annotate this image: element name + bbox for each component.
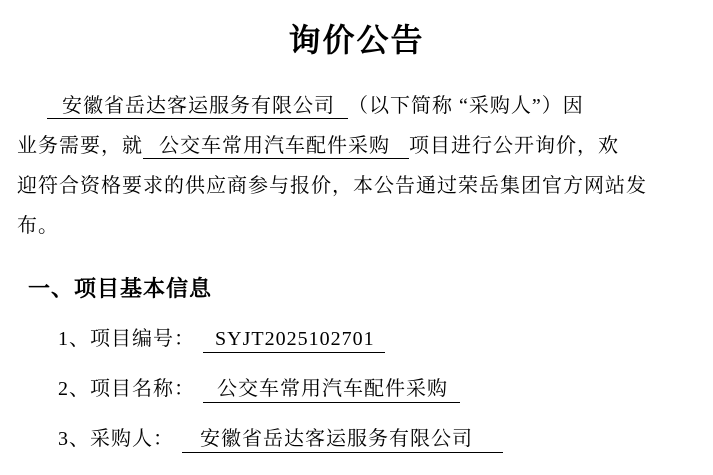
project-number-label: 1、项目编号： bbox=[58, 328, 195, 350]
purchaser-value: 安徽省岳达客运服务有限公司 bbox=[182, 428, 503, 453]
intro-line-1: 安徽省岳达客运服务有限公司（以下简称 “采购人”）因 bbox=[17, 86, 696, 126]
purchaser-name-blank: 安徽省岳达客运服务有限公司 bbox=[47, 95, 348, 119]
intro-paragraph: 安徽省岳达客运服务有限公司（以下简称 “采购人”）因 业务需要，就公交车常用汽车… bbox=[0, 86, 713, 246]
project-name-blank: 公交车常用汽车配件采购 bbox=[143, 135, 409, 159]
intro-line-2-post: 项目进行公开询价，欢 bbox=[409, 135, 619, 157]
project-number-value: SYJT2025102701 bbox=[203, 328, 385, 353]
project-name-value: 公交车常用汽车配件采购 bbox=[203, 378, 460, 403]
intro-line-2-pre: 业务需要，就 bbox=[17, 135, 143, 157]
section-heading-basic-info: 一、项目基本信息 bbox=[28, 274, 713, 304]
intro-line-1-text: （以下简称 “采购人”）因 bbox=[348, 95, 584, 117]
item-purchaser: 3、采购人：安徽省岳达客运服务有限公司 bbox=[58, 424, 713, 454]
item-project-number: 1、项目编号：SYJT2025102701 bbox=[58, 324, 713, 354]
document-page: 询价公告 安徽省岳达客运服务有限公司（以下简称 “采购人”）因 业务需要，就公交… bbox=[0, 0, 713, 475]
item-project-name: 2、项目名称：公交车常用汽车配件采购 bbox=[58, 374, 713, 404]
intro-line-2: 业务需要，就公交车常用汽车配件采购项目进行公开询价，欢 bbox=[17, 126, 696, 166]
intro-line-4: 布。 bbox=[17, 206, 696, 246]
project-name-label: 2、项目名称： bbox=[58, 378, 195, 400]
purchaser-label: 3、采购人： bbox=[58, 428, 174, 450]
document-title: 询价公告 bbox=[0, 0, 713, 62]
intro-line-3: 迎符合资格要求的供应商参与报价，本公告通过荣岳集团官方网站发 bbox=[17, 166, 696, 206]
